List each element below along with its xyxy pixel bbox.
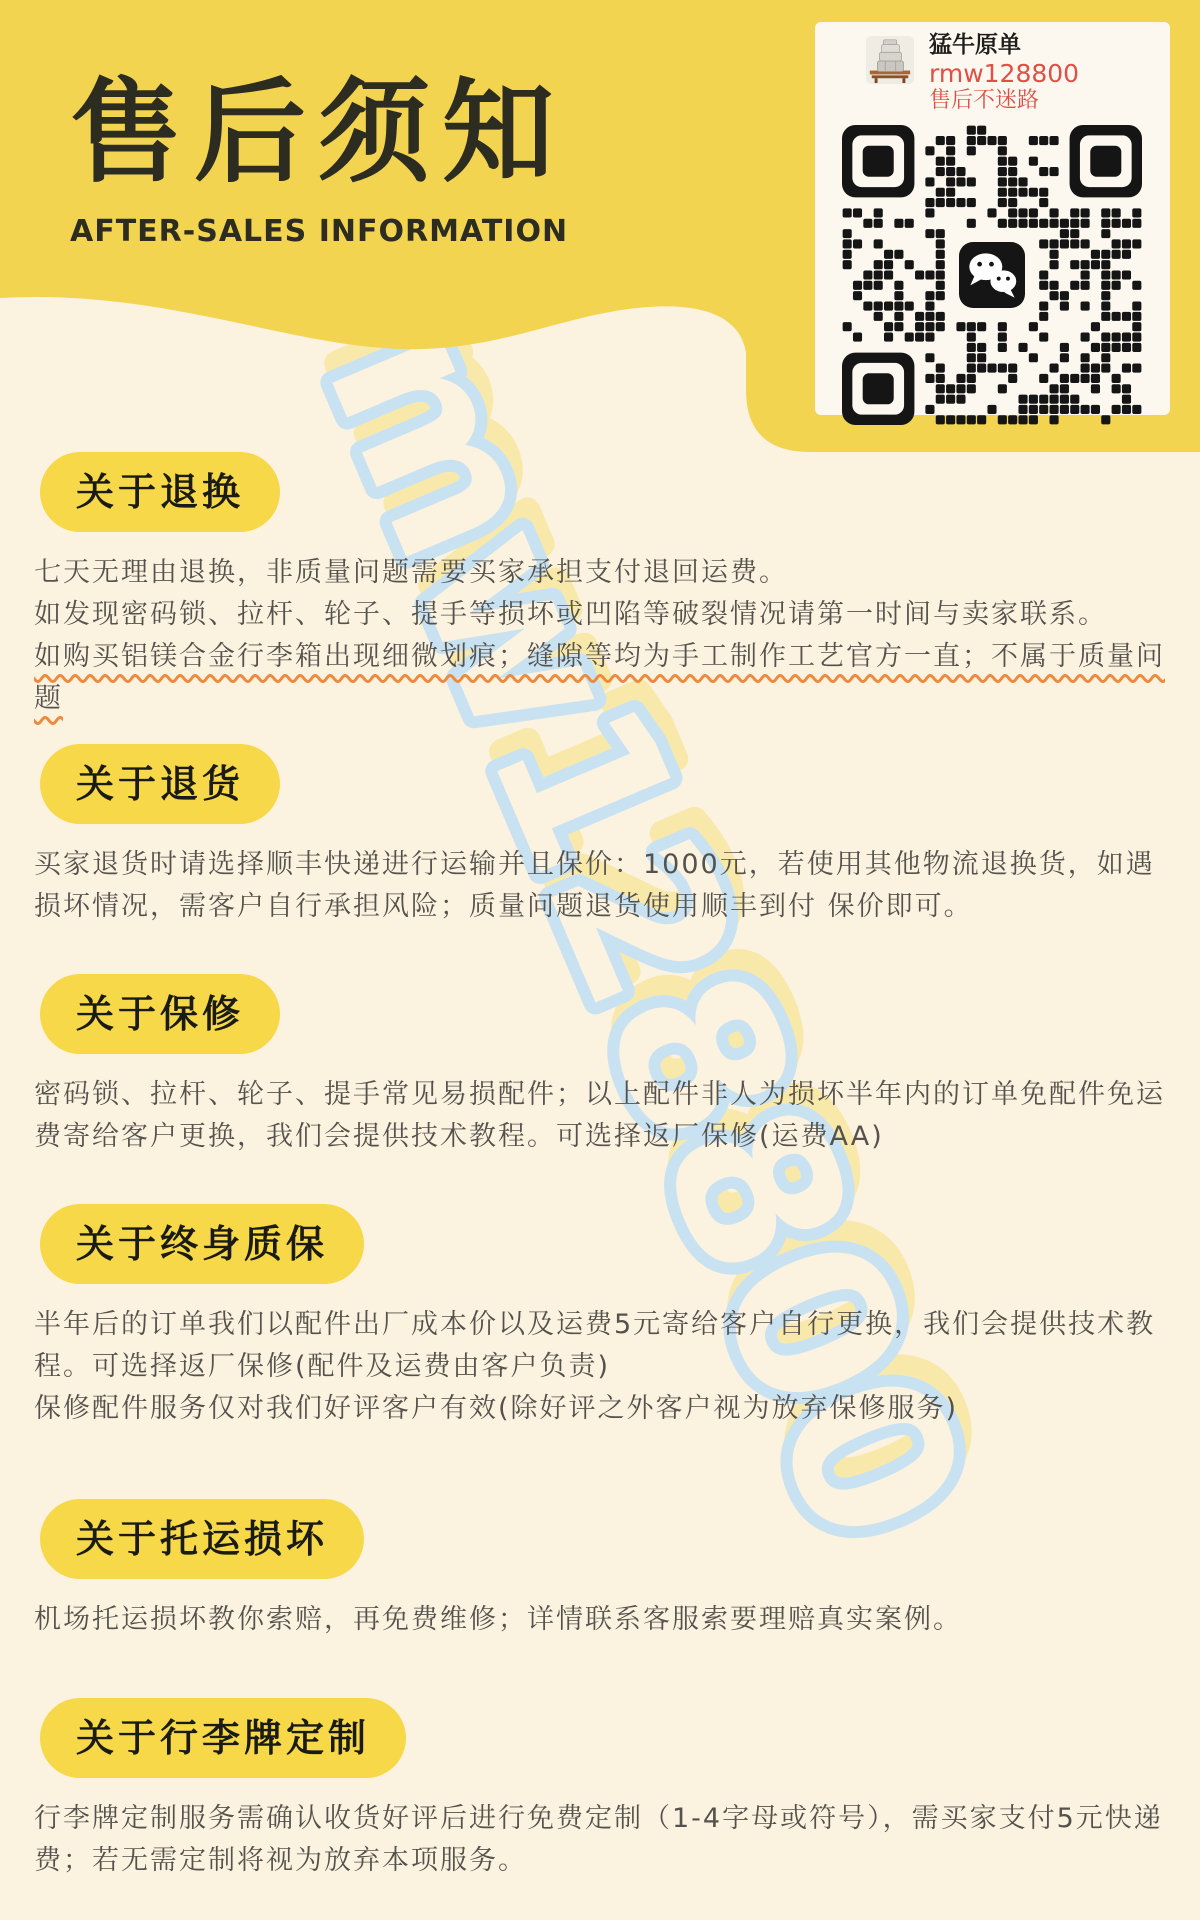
contact-card-header: 猛牛原单 rmw128800 售后不迷路 [815, 30, 1170, 114]
stacked-luggage-icon [865, 36, 915, 84]
section-warranty: 关于保修 密码锁、拉杆、轮子、提手常见易损配件；以上配件非人为损坏半年内的订单免… [34, 974, 1168, 1158]
contact-card: 猛牛原单 rmw128800 售后不迷路 [815, 22, 1170, 415]
section-checked-baggage-damage: 关于托运损坏 机场托运损坏教你索赔，再免费维修；详情联系客服索要理赔真实案例。 [34, 1499, 1168, 1641]
section-pill-warranty: 关于保修 [40, 974, 280, 1054]
contact-slogan: 售后不迷路 [929, 87, 1079, 114]
section-text: 如发现密码锁、拉杆、轮子、提手等损坏或凹陷等破裂情况请第一时间与卖家联系。 [34, 594, 1168, 636]
section-text-underlined: 如购买铝镁合金行李箱出现细微划痕；缝隙等均为手工制作工艺官方一直；不属于质量问题 [34, 636, 1168, 720]
section-luggage-tag-customization: 关于行李牌定制 行李牌定制服务需确认收货好评后进行免费定制（1-4字母或符号），… [34, 1698, 1168, 1882]
section-pill-return-exchange: 关于退换 [40, 452, 280, 532]
section-text: 七天无理由退换，非质量问题需要买家承担支付退回运费。 [34, 552, 1168, 594]
section-return-exchange: 关于退换 七天无理由退换，非质量问题需要买家承担支付退回运费。 如发现密码锁、拉… [34, 452, 1168, 720]
page-subtitle: AFTER-SALES INFORMATION [70, 214, 568, 249]
wechat-logo-icon [959, 242, 1025, 308]
section-lifetime-warranty: 关于终身质保 半年后的订单我们以配件出厂成本价以及运费5元寄给客户自行更换，我们… [34, 1204, 1168, 1430]
page-title: 售后须知 [70, 58, 568, 208]
section-text: 机场托运损坏教你索赔，再免费维修；详情联系客服索要理赔真实案例。 [34, 1599, 1168, 1641]
section-text: 半年后的订单我们以配件出厂成本价以及运费5元寄给客户自行更换，我们会提供技术教程… [34, 1304, 1168, 1388]
header: 售后须知 AFTER-SALES INFORMATION [70, 58, 568, 249]
qr-code [842, 125, 1142, 425]
section-pill-returns: 关于退货 [40, 744, 280, 824]
contact-name: 猛牛原单 [929, 30, 1079, 60]
section-pill-luggage-tag-customization: 关于行李牌定制 [40, 1698, 406, 1778]
section-text: 保修配件服务仅对我们好评客户有效(除好评之外客户视为放弃保修服务) [34, 1388, 1168, 1430]
section-pill-lifetime-warranty: 关于终身质保 [40, 1204, 364, 1284]
after-sales-poster: { "page": { "background": "#fcf2e0" }, "… [0, 0, 1200, 1920]
section-text: 买家退货时请选择顺丰快递进行运输并且保价：1000元，若使用其他物流退换货，如遇… [34, 844, 1168, 928]
section-text: 行李牌定制服务需确认收货好评后进行免费定制（1-4字母或符号），需买家支付5元快… [34, 1798, 1168, 1882]
section-returns: 关于退货 买家退货时请选择顺丰快递进行运输并且保价：1000元，若使用其他物流退… [34, 744, 1168, 928]
contact-wechat-id: rmw128800 [929, 60, 1079, 87]
section-text: 密码锁、拉杆、轮子、提手常见易损配件；以上配件非人为损坏半年内的订单免配件免运费… [34, 1074, 1168, 1158]
section-pill-checked-baggage-damage: 关于托运损坏 [40, 1499, 364, 1579]
